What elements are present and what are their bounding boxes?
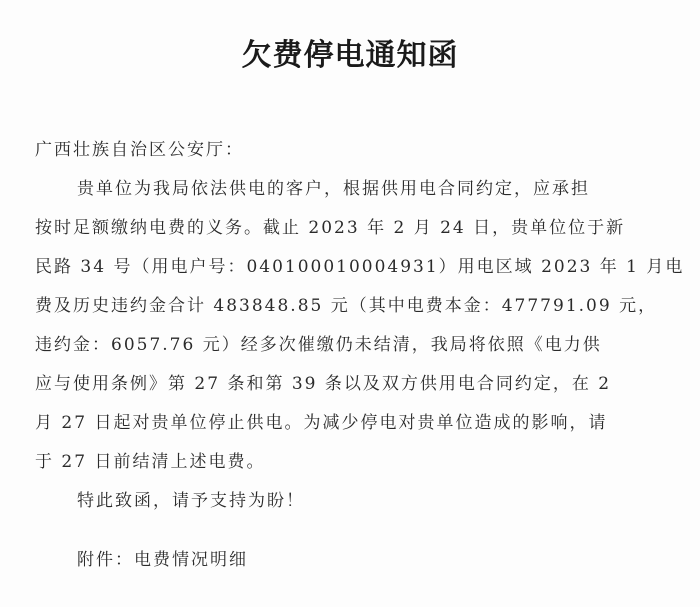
body-line-7: 月 27 日起对贵单位停止供电。为减少停电对贵单位造成的影响，请 [35,404,675,443]
attachment-line: 附件：电费情况明细 [35,541,675,580]
document-body: 广西壮族自治区公安厅： 贵单位为我局依法供电的客户，根据供用电合同约定，应承担 … [35,131,675,580]
spacer [35,521,675,541]
salutation: 广西壮族自治区公安厅： [35,131,675,170]
body-line-3: 民路 34 号（用电户号：040100010004931）用电区域 2023 年… [35,248,675,287]
body-line-5: 违约金：6057.76 元）经多次催缴仍未结清，我局将依照《电力供 [35,326,675,365]
closing-line: 特此致函，请予支持为盼！ [35,482,675,521]
body-line-2: 按时足额缴纳电费的义务。截止 2023 年 2 月 24 日，贵单位位于新 [35,209,675,248]
document-title: 欠费停电通知函 [0,30,700,74]
body-line-6: 应与使用条例》第 27 条和第 39 条以及双方供用电合同约定，在 2 [35,365,675,404]
body-line-1: 贵单位为我局依法供电的客户，根据供用电合同约定，应承担 [35,170,675,209]
body-line-8: 于 27 日前结清上述电费。 [35,443,675,482]
body-line-4: 费及历史违约金合计 483848.85 元（其中电费本金：477791.09 元… [35,287,675,326]
